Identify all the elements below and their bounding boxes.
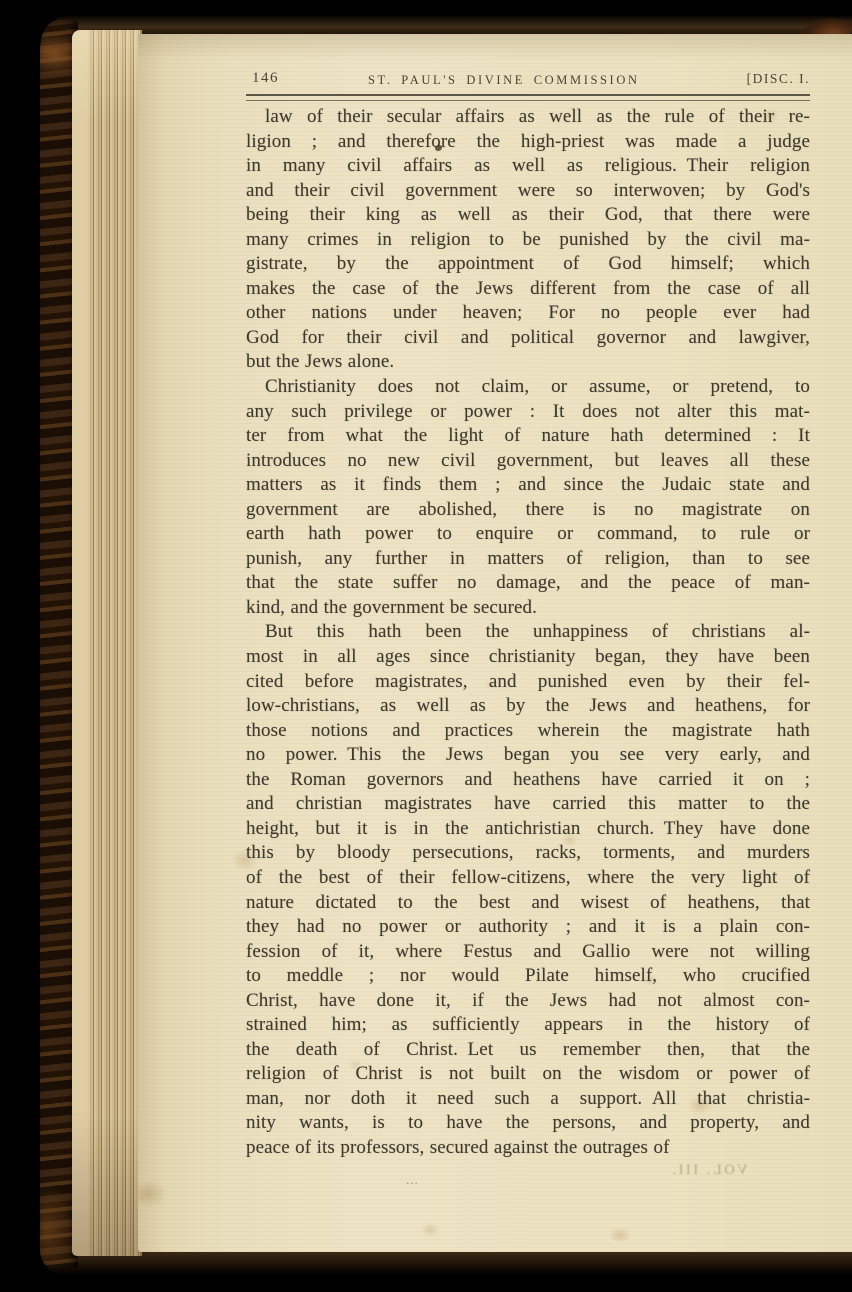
text-line: law of their secular affairs as well as …	[246, 105, 810, 130]
page-number: 146	[252, 70, 279, 87]
text-line: ter from what the light of nature hath d…	[246, 424, 810, 449]
text-line: gistrate, by the appointment of God hims…	[246, 252, 810, 277]
text-line: and christian magistrates have carried t…	[246, 792, 810, 817]
text-line: other nations under heaven; For no peopl…	[246, 301, 810, 326]
book-bottom-edge	[46, 1250, 852, 1274]
text-line: introduces no new civil government, but …	[246, 449, 810, 474]
text-line: religion of Christ is not built on the w…	[246, 1062, 810, 1087]
text-line: makes the case of the Jews different fro…	[246, 277, 810, 302]
text-line: nity wants, is to have the persons, and …	[246, 1111, 810, 1136]
text-line: strained him; as sufficiently appears in…	[246, 1013, 810, 1038]
book-top-edge	[54, 16, 852, 36]
text-line: most in all ages since christianity bega…	[246, 645, 810, 670]
page-fore-edges	[72, 30, 142, 1256]
text-line: fession of it, where Festus and Gallio w…	[246, 940, 810, 965]
text-line: that the state suffer no damage, and the…	[246, 571, 810, 596]
page-header: 146 ST. PAUL'S DIVINE COMMISSION [DISC. …	[246, 68, 810, 92]
text-line: nature dictated to the best and wisest o…	[246, 891, 810, 916]
scanned-book-photo: 146 ST. PAUL'S DIVINE COMMISSION [DISC. …	[0, 0, 852, 1292]
running-title: ST. PAUL'S DIVINE COMMISSION	[368, 73, 640, 88]
paragraph: Christianity does not claim, or assume, …	[246, 375, 810, 620]
text-line: this by bloody persecutions, racks, torm…	[246, 841, 810, 866]
text-line: no power. This the Jews began you see ve…	[246, 743, 810, 768]
paragraph: But this hath been the unhappiness of ch…	[246, 620, 810, 1160]
text-line: ligion ; and therefore the high-priest w…	[246, 130, 810, 155]
text-line: punish, any further in matters of religi…	[246, 547, 810, 572]
text-line: Christ, have done it, if the Jews had no…	[246, 989, 810, 1014]
body-text: law of their secular affairs as well as …	[246, 105, 810, 1161]
faint-mark: ...	[406, 1172, 419, 1188]
text-line: kind, and the government be secured.	[246, 596, 810, 621]
paragraph: law of their secular affairs as well as …	[246, 105, 810, 375]
scanned-page: 146 ST. PAUL'S DIVINE COMMISSION [DISC. …	[138, 34, 852, 1252]
text-line: low-christians, as well as by the Jews a…	[246, 694, 810, 719]
text-line: man, nor doth it need such a support. Al…	[246, 1087, 810, 1112]
text-line: But this hath been the unhappiness of ch…	[246, 620, 810, 645]
header-rule	[246, 94, 810, 101]
text-line: being their king as well as their God, t…	[246, 203, 810, 228]
text-line: and their civil government were so inter…	[246, 179, 810, 204]
text-line: of the best of their fellow-citizens, wh…	[246, 866, 810, 891]
text-line: height, but it is in the antichristian c…	[246, 817, 810, 842]
text-line: any such privilege or power : It does no…	[246, 400, 810, 425]
text-line: but the Jews alone.	[246, 350, 810, 375]
text-line: Christianity does not claim, or assume, …	[246, 375, 810, 400]
text-line: to meddle ; nor would Pilate himself, wh…	[246, 964, 810, 989]
text-line: many crimes in religion to be punished b…	[246, 228, 810, 253]
text-line: the Roman governors and heathens have ca…	[246, 768, 810, 793]
text-line: earth hath power to enquire or command, …	[246, 522, 810, 547]
text-line: they had no power or authority ; and it …	[246, 915, 810, 940]
section-label: [DISC. I.	[747, 71, 810, 87]
text-line: cited before magistrates, and punished e…	[246, 670, 810, 695]
text-line: in many civil affairs as well as religio…	[246, 154, 810, 179]
text-line: those notions and practices wherein the …	[246, 719, 810, 744]
text-line: the death of Christ. Let us remember the…	[246, 1038, 810, 1063]
text-line: matters as it finds them ; and since the…	[246, 473, 810, 498]
text-line: God for their civil and political govern…	[246, 326, 810, 351]
show-through-text: VOL. III.	[670, 1162, 748, 1179]
text-line: peace of its professors, secured against…	[246, 1136, 810, 1161]
text-line: government are abolished, there is no ma…	[246, 498, 810, 523]
